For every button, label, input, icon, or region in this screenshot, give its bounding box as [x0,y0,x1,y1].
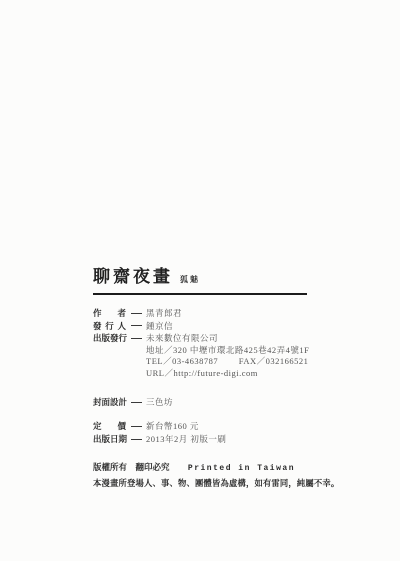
publisher-tel: TEL／03-4638787 [146,356,218,366]
title-divider [93,293,307,295]
author-label: 作 者 [93,307,126,320]
pub-date-label: 出版日期 [93,433,126,446]
publisher-details: 地址／320 中壢市環北路425巷42弄4號1F TEL／03-4638787 … [146,345,307,380]
cover-design-label: 封面設計 [93,396,126,409]
book-title: 聊齋夜畫 [93,262,173,287]
row-publisher: 出版發行 未來數位有限公司 [93,332,307,345]
colophon-content: 聊齋夜畫 狐魅 作 者 黑青郎君 發 行 人 鍾京信 出版發行 未來數位有限公司… [93,262,307,489]
row-pub-date: 出版日期 2013年2月 初版一刷 [93,433,307,446]
cover-design-value: 三色坊 [146,396,173,409]
publisher-telfax: TEL／03-4638787 FAX／032166521 [146,356,307,368]
label-dash [131,325,142,326]
price-label: 定 價 [93,420,126,433]
colophon-page: 聊齋夜畫 狐魅 作 者 黑青郎君 發 行 人 鍾京信 出版發行 未來數位有限公司… [0,0,400,561]
label-dash [131,439,142,440]
book-title-row: 聊齋夜畫 狐魅 [93,262,307,287]
row-price: 定 價 新台幣160 元 [93,420,307,433]
label-dash [131,402,142,403]
colophon-rows: 作 者 黑青郎君 發 行 人 鍾京信 出版發行 未來數位有限公司 地址／320 … [93,307,307,445]
publisher-value: 未來數位有限公司 [146,332,218,345]
row-cover-design: 封面設計 三色坊 [93,396,307,409]
publisher-url: URL／http://future-digi.com [146,368,307,380]
book-subtitle: 狐魅 [180,274,200,285]
disclaimer-text: 本漫畫所登場人、事、物、團體皆為虛構，如有雷同，純屬不幸。 [93,477,307,489]
publisher-fax: FAX／032166521 [239,356,309,366]
copyright-footer: 版權所有 翻印必究 Printed in Taiwan 本漫畫所登場人、事、物、… [93,461,307,489]
rights-text: 版權所有 翻印必究 [93,462,170,472]
author-value: 黑青郎君 [146,307,182,320]
label-dash [131,313,142,314]
pub-date-value: 2013年2月 初版一刷 [146,433,226,446]
publisher-address: 地址／320 中壢市環北路425巷42弄4號1F [146,345,307,357]
issuer-label: 發 行 人 [93,320,126,333]
copyright-line: 版權所有 翻印必究 Printed in Taiwan [93,461,307,475]
label-dash [131,426,142,427]
issuer-value: 鍾京信 [146,320,173,333]
row-author: 作 者 黑青郎君 [93,307,307,320]
publisher-label: 出版發行 [93,332,126,345]
price-value: 新台幣160 元 [146,420,199,433]
label-dash [131,338,142,339]
row-issuer: 發 行 人 鍾京信 [93,320,307,333]
printed-in-taiwan-text: Printed in Taiwan [188,464,295,473]
